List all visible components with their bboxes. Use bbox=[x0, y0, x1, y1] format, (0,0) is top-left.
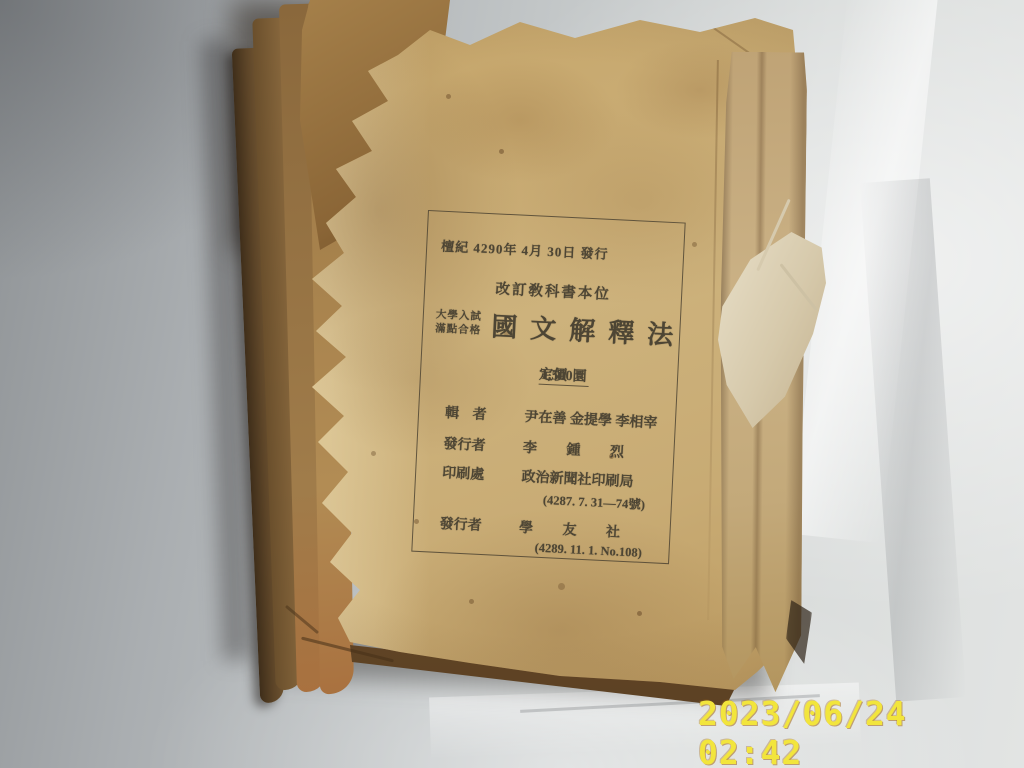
timestamp-overlay: 2023/06/24 02:42 bbox=[698, 694, 1024, 768]
colophon-row-printer: 印刷處 政治新聞社印刷局 bbox=[442, 462, 634, 491]
publisher-registration-note: (4289. 11. 1. No.108) bbox=[534, 541, 642, 561]
issue-date-line: 檀紀 4290年 4月 30日 發行 bbox=[441, 236, 609, 263]
colophon-row-publishing-house: 發行者 學 友 社 bbox=[439, 513, 620, 542]
price-label: 定價 bbox=[539, 364, 568, 385]
title-block: 大學入試 滿點合格 國文解釋法 bbox=[435, 304, 688, 353]
colophon-row-editors: 輯 者 尹在善 金提學 李相宰 bbox=[445, 402, 658, 432]
colophon-row-publisher-person: 發行者 李 鍾 烈 bbox=[443, 433, 624, 462]
page-crease bbox=[707, 60, 719, 620]
printer-registration-note: (4287. 7. 31—74號) bbox=[543, 490, 646, 513]
photo-of-old-book: 檀紀 4290年 4月 30日 發行 改訂敎科書本位 大學入試 滿點合格 國文解… bbox=[0, 0, 1024, 768]
title-prefix: 大學入試 滿點合格 bbox=[435, 309, 482, 337]
book-title: 國文解釋法 bbox=[491, 306, 688, 352]
colophon-box: 檀紀 4290年 4月 30日 發行 改訂敎科書本位 大學入試 滿點合格 國文解… bbox=[411, 210, 685, 564]
title-prefix-line2: 滿點合格 bbox=[435, 322, 482, 337]
price-line: 定價 1,500圜 bbox=[539, 364, 589, 386]
edition-line: 改訂敎科書本位 bbox=[425, 274, 682, 307]
price-unit: 圜 bbox=[572, 369, 587, 385]
